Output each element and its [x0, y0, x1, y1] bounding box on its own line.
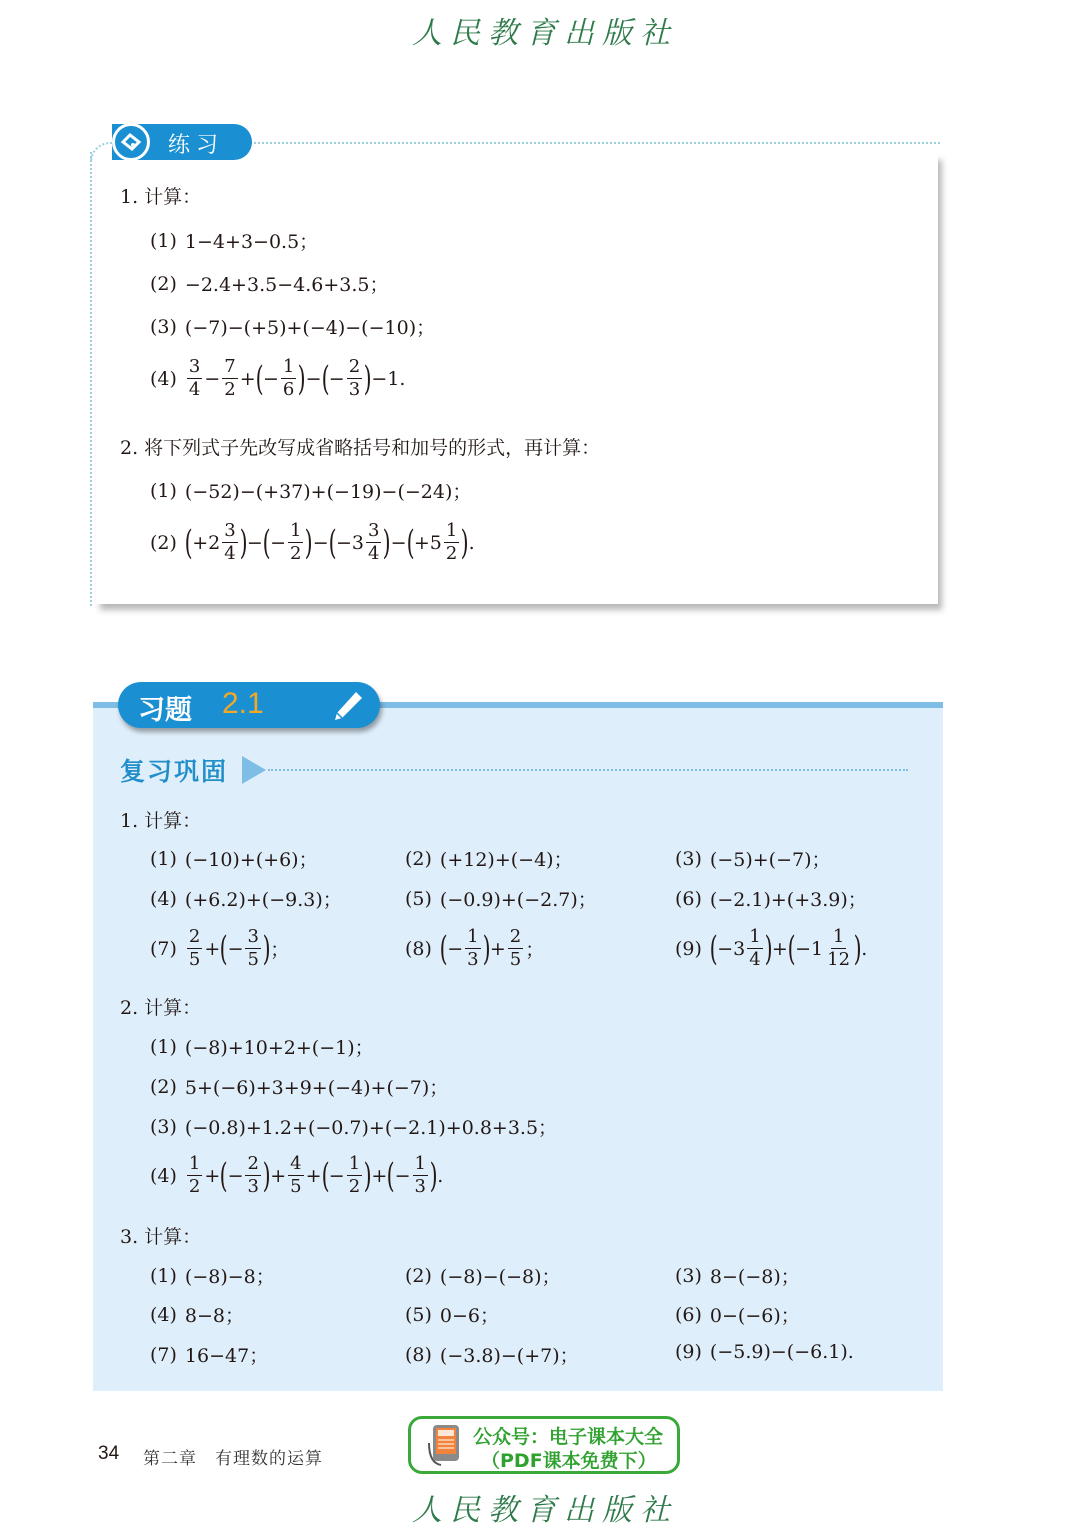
dotted-rule [268, 769, 908, 771]
ex-q3-7: (7)16−47； [150, 1341, 268, 1368]
page-number: 34 [98, 1443, 119, 1465]
ex-q3-6: (6)0−(−6)； [675, 1301, 800, 1328]
ex-q1-5: (5)(−0.9)+(−2.7)； [405, 885, 597, 912]
ex-q3-3: (3)8−(−8)； [675, 1262, 800, 1289]
publisher-logo-top: 人民教育出版社 [395, 8, 695, 52]
ex-q2-2: (2)5+(−6)+3+9+(−4)+(−7)； [150, 1073, 448, 1100]
chapter-title: 第二章 有理数的运算 [143, 1444, 323, 1469]
section-review: 复习巩固 [120, 752, 908, 788]
ex-q2-4: (4)12+(−23)+45+(−12)+(−13). [150, 1155, 443, 1196]
practice-q1-item-2: (2)−2.4+3.5−4.6+3.5； [150, 270, 388, 297]
practice-q1-label: 1. 计算： [120, 182, 201, 209]
ex-q3-5: (5)0−6； [405, 1301, 499, 1328]
practice-q1-item-1: (1)1−4+3−0.5； [150, 227, 318, 254]
practice-icon [112, 123, 150, 161]
ex-q1-3: (3)(−5)+(−7)； [675, 845, 831, 872]
triangle-arrow-icon [242, 756, 266, 784]
ex-q3-9: (9)(−5.9)−(−6.1). [675, 1341, 854, 1363]
practice-badge: 练习 [112, 124, 252, 160]
ex-q3-2: (2)(−8)−(−8)； [405, 1262, 561, 1289]
ex-q2-1: (1)(−8)+10+2+(−1)； [150, 1033, 374, 1060]
dotted-border-top [250, 142, 940, 144]
ex-q2-3: (3)(−0.8)+1.2+(−0.7)+(−2.1)+0.8+3.5； [150, 1113, 557, 1140]
ex-q3-1: (1)(−8)−8； [150, 1262, 275, 1289]
ex-q3-4: (4)8−8； [150, 1301, 244, 1328]
ex-q1-6: (6)(−2.1)+(+3.9)； [675, 885, 867, 912]
ex-q1-9: (9)(−314)+(−1112). [675, 928, 867, 969]
exercise-q1-label: 1. 计算： [120, 806, 201, 833]
ex-q1-8: (8)(−13)+25； [405, 928, 544, 969]
practice-q2-label: 2. 将下列式子先改写成省略括号和加号的形式，再计算： [120, 433, 600, 460]
publisher-logo-bottom: 人民教育出版社 [395, 1485, 695, 1529]
ex-q1-7: (7)25+(−35)； [150, 928, 289, 969]
fraction: 16 [281, 358, 296, 399]
ex-q1-4: (4)(+6.2)+(−9.3)； [150, 885, 342, 912]
book-phone-icon [427, 1423, 463, 1467]
ex-q1-1: (1)(−10)+(+6)； [150, 845, 318, 872]
practice-q2-item-1: (1)(−52)−(+37)+(−19)−(−24)； [150, 477, 471, 504]
practice-q1-item-4: (4) 34 − 72 +(− 16) −(− 23) −1. [150, 358, 405, 399]
practice-title: 练习 [168, 128, 224, 159]
ex-q1-2: (2)(+12)+(−4)； [405, 845, 573, 872]
exercise-q2-label: 2. 计算： [120, 993, 201, 1020]
practice-q1-item-3: (3)(−7)−(+5)+(−4)−(−10)； [150, 313, 435, 340]
exercise-badge: 习题 2.1 [118, 682, 380, 728]
fraction: 72 [222, 358, 237, 399]
pencil-icon [328, 686, 368, 726]
exercise-q3-label: 3. 计算： [120, 1222, 201, 1249]
promo-banner: 公众号：电子课本大全 （PDF课本免费下） [408, 1416, 680, 1474]
dotted-border-left [90, 152, 92, 606]
fraction: 34 [187, 358, 202, 399]
ex-q3-8: (8)(−3.8)−(+7)； [405, 1341, 579, 1368]
fraction: 23 [347, 358, 362, 399]
practice-q2-item-2: (2) (+234)−(−12)−(−334)−(+512). [150, 522, 475, 563]
